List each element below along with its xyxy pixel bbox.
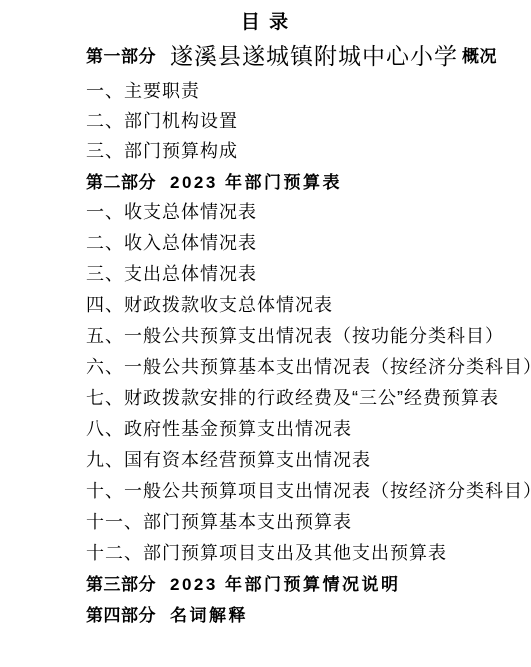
toc-part4-label: 第四部分 (86, 601, 156, 626)
document-title: 目 录 (0, 0, 531, 33)
toc-part3-label: 第三部分 (86, 570, 156, 595)
toc-item-admin-three-public-funds: 七、财政拨款安排的行政经费及“三公”经费预算表 (86, 381, 511, 412)
toc-item-basic-expenditure-budget-table: 十一、部门预算基本支出预算表 (86, 505, 511, 536)
toc-item-expenditure-overall: 三、支出总体情况表 (86, 257, 511, 288)
toc-part4-title: 名词解释 (170, 601, 248, 626)
toc-part1-heading: 第一部分 遂溪县遂城镇附城中心小学 概况 (86, 33, 511, 75)
toc-part1-label: 第一部分 (86, 42, 156, 67)
toc-item-org-structure: 二、部门机构设置 (86, 105, 511, 135)
toc-part2-title: 2023 年部门预算表 (170, 168, 342, 193)
toc-content: 第一部分 遂溪县遂城镇附城中心小学 概况 一、主要职责 二、部门机构设置 三、部… (86, 33, 511, 629)
toc-part3-title: 2023 年部门预算情况说明 (170, 570, 401, 595)
toc-item-duties: 一、主要职责 (86, 75, 511, 105)
toc-item-revenue-expenditure-overall: 一、收支总体情况表 (86, 195, 511, 226)
toc-item-fiscal-appropriation-overall: 四、财政拨款收支总体情况表 (86, 288, 511, 319)
toc-item-state-capital-budget: 九、国有资本经营预算支出情况表 (86, 443, 511, 474)
toc-part4-heading: 第四部分 名词解释 (86, 598, 511, 629)
toc-item-budget-composition: 三、部门预算构成 (86, 135, 511, 165)
document-page: 目 录 第一部分 遂溪县遂城镇附城中心小学 概况 一、主要职责 二、部门机构设置… (0, 0, 531, 667)
toc-item-government-fund-budget: 八、政府性基金预算支出情况表 (86, 412, 511, 443)
toc-item-income-overall: 二、收入总体情况表 (86, 226, 511, 257)
toc-part3-heading: 第三部分 2023 年部门预算情况说明 (86, 567, 511, 598)
toc-item-project-expenditure-economic: 十、一般公共预算项目支出情况表（按经济分类科目） (86, 474, 511, 505)
toc-item-project-and-other-expenditure: 十二、部门预算项目支出及其他支出预算表 (86, 536, 511, 567)
toc-part2-label: 第二部分 (86, 168, 156, 193)
toc-item-public-budget-basic-expenditure-economic: 六、一般公共预算基本支出情况表（按经济分类科目） (86, 350, 511, 381)
school-name: 遂溪县遂城镇附城中心小学 (170, 38, 458, 71)
toc-part1-suffix: 概况 (462, 42, 497, 67)
toc-part2-heading: 第二部分 2023 年部门预算表 (86, 165, 511, 195)
toc-item-public-budget-expenditure-functional: 五、一般公共预算支出情况表（按功能分类科目） (86, 319, 511, 350)
